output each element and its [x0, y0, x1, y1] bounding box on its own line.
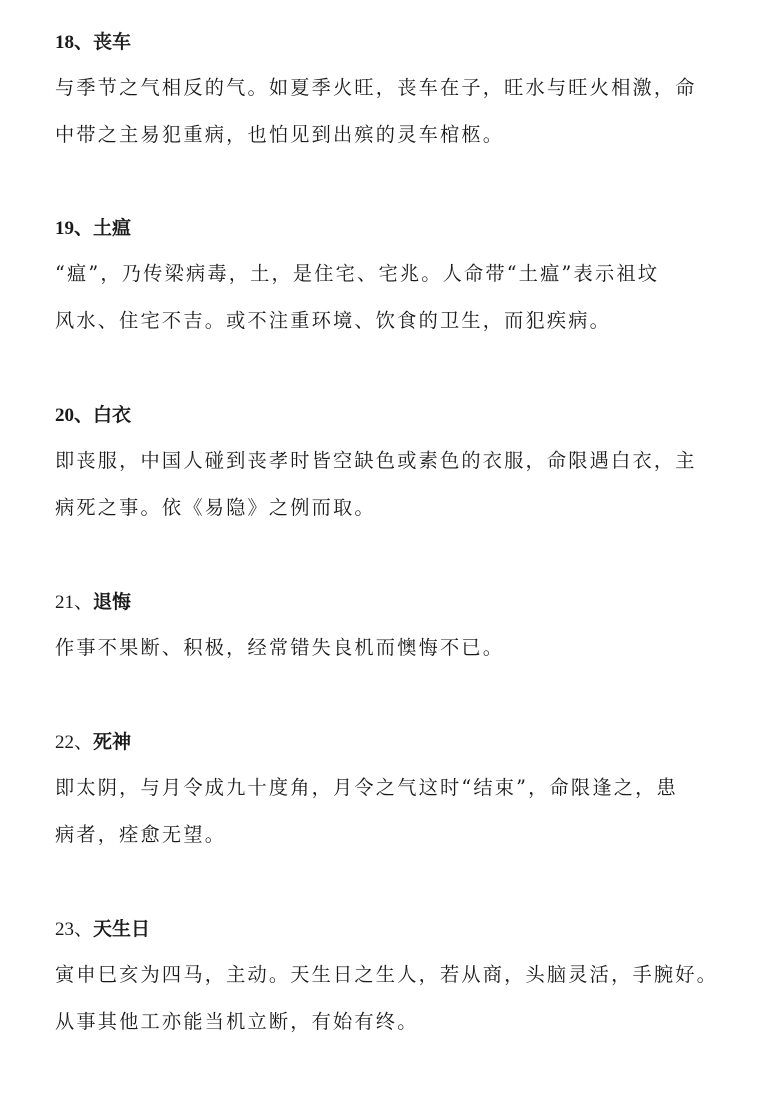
entry-title: 18、丧车 — [55, 27, 131, 57]
entry-number: 23、 — [55, 919, 93, 940]
entry-title: 22、死神 — [55, 727, 131, 757]
entry-name: 丧车 — [93, 31, 131, 53]
entry-title: 21、退悔 — [55, 587, 131, 617]
entry-text-line: 病者，痊愈无望。 — [55, 820, 226, 850]
entry-text-line: 风水、住宅不吉。或不注重环境、饮食的卫生，而犯疾病。 — [55, 306, 611, 336]
entry-text-line: 作事不果断、积极，经常错失良机而懊悔不已。 — [55, 633, 504, 663]
entry-name: 土瘟 — [93, 217, 131, 239]
entry-text-line: 即丧服，中国人碰到丧孝时皆空缺色或素色的衣服，命限遇白衣，主 — [55, 446, 697, 476]
entry-name: 天生日 — [93, 918, 150, 940]
entry-title: 20、白衣 — [55, 400, 131, 430]
entry-text-line: 即太阴，与月令成九十度角，月令之气这时“结束”，命限逢之，患 — [55, 773, 678, 803]
entry-title: 19、土瘟 — [55, 213, 131, 243]
entry-name: 死神 — [93, 731, 131, 753]
entry-text-line: 中带之主易犯重病，也怕见到出殡的灵车棺柩。 — [55, 120, 504, 150]
entry-text-line: 与季节之气相反的气。如夏季火旺，丧车在子，旺水与旺火相激，命 — [55, 73, 697, 103]
entry-number: 22、 — [55, 732, 93, 753]
entry-name: 退悔 — [93, 591, 131, 613]
entry-title: 23、天生日 — [55, 914, 150, 944]
entry-number: 20、 — [55, 405, 93, 426]
entry-number: 18、 — [55, 32, 93, 53]
entry-number: 21、 — [55, 592, 93, 613]
entry-text-line: “瘟”，乃传梁病毒，土，是住宅、宅兆。人命带“土瘟”表示祖坟 — [55, 259, 659, 289]
entry-name: 白衣 — [93, 404, 131, 426]
entry-number: 19、 — [55, 218, 93, 239]
entry-text-line: 病死之事。依《易隐》之例而取。 — [55, 493, 376, 523]
entry-text-line: 从事其他工亦能当机立断，有始有终。 — [55, 1007, 419, 1037]
entry-text-line: 寅申巳亥为四马，主动。天生日之生人，若从商，头脑灵活，手腕好。 — [55, 960, 718, 990]
